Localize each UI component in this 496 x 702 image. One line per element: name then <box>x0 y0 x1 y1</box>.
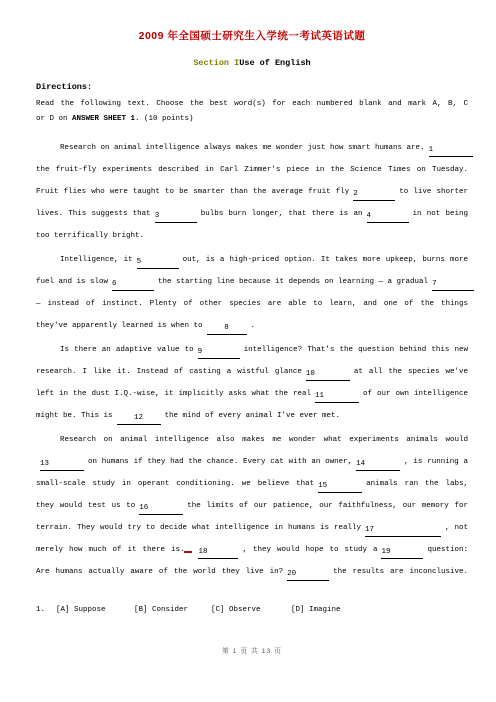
cloze-blank-13: 13 <box>40 458 84 471</box>
passage-paragraph: Research on animal intelligence always m… <box>36 137 468 247</box>
passage-text: the mind of every animal I've ever met. <box>165 412 341 420</box>
passage-line: left in the dust I.Q.-wise, it implicitl… <box>36 383 468 405</box>
document-page: 2009 年全国硕士研究生入学统一考试英语试题 Section IUse of … <box>0 0 496 655</box>
cloze-blank-1: 1 <box>429 144 473 157</box>
passage-line: Are humans actually aware of the world t… <box>36 561 468 583</box>
cloze-blank-18: 18 <box>198 546 238 559</box>
passage-text: terrain. They would try to decide what i… <box>36 524 361 532</box>
instructions-text: Read the following text. Choose the best… <box>36 97 468 127</box>
passage-text: question: <box>427 546 468 554</box>
cloze-blank-8: 8 <box>207 322 247 335</box>
passage-text: Research on animal intelligence also mak… <box>60 436 468 444</box>
passage-line: fuel and is slow6the starting line becau… <box>36 271 468 293</box>
passage-text: . <box>251 322 256 330</box>
passage-text: the results are inconclusive. <box>333 568 468 576</box>
passage-text: the limits of our patience, our faithful… <box>187 502 468 510</box>
question-1-number: 1. <box>36 599 56 621</box>
passage-text: left in the dust I.Q.-wise, it implicitl… <box>36 390 311 398</box>
passage-text: bulbs burn longer, that there is an <box>201 210 363 218</box>
section-number: Section I <box>193 58 239 68</box>
passage-line: might be. This is12the mind of every ani… <box>36 405 468 427</box>
passage-text: the fruit-fly experiments described in C… <box>36 166 468 174</box>
passage-line: Fruit flies who were taught to be smarte… <box>36 181 468 203</box>
passage-text: — instead of instinct. Plenty of other s… <box>36 300 468 308</box>
cloze-blank-7: 7 <box>432 278 474 291</box>
red-underline-mark <box>184 541 192 553</box>
cloze-blank-6: 6 <box>112 278 154 291</box>
cloze-blank-20: 20 <box>287 568 329 581</box>
page-footer: 第 1 页 共 13 页 <box>36 645 468 655</box>
page-title: 2009 年全国硕士研究生入学统一考试英语试题 <box>36 28 468 43</box>
passage: Research on animal intelligence always m… <box>36 137 468 583</box>
cloze-blank-3: 3 <box>155 210 197 223</box>
passage-text: Intelligence, it <box>60 256 133 264</box>
passage-line: — instead of instinct. Plenty of other s… <box>36 293 468 315</box>
cloze-blank-4: 4 <box>367 210 409 223</box>
cloze-blank-15: 15 <box>318 480 362 493</box>
passage-line: too terrifically bright. <box>36 225 468 247</box>
passage-text: too terrifically bright. <box>36 232 144 240</box>
passage-line: research. I like it. Instead of casting … <box>36 361 468 383</box>
passage-text: they've apparently learned is when to <box>36 322 203 330</box>
cloze-blank-19: 19 <box>381 546 423 559</box>
passage-paragraph: Is there an adaptive value to9intelligen… <box>36 339 468 427</box>
passage-line: Intelligence, it5out, is a high-priced o… <box>36 249 468 271</box>
option-d: [D] Imagine <box>291 599 468 621</box>
passage-line: small-scale study in operant conditionin… <box>36 473 468 495</box>
passage-text: Is there an adaptive value to <box>60 346 194 354</box>
passage-line: Is there an adaptive value to9intelligen… <box>36 339 468 361</box>
cloze-blank-12: 12 <box>117 412 161 425</box>
cloze-blank-11: 11 <box>315 390 359 403</box>
passage-line: Research on animal intelligence also mak… <box>36 429 468 451</box>
cloze-blank-5: 5 <box>137 256 179 269</box>
section-name: Use of English <box>239 58 310 68</box>
passage-text: Are humans actually aware of the world t… <box>36 568 283 576</box>
passage-line: terrain. They would try to decide what i… <box>36 517 468 539</box>
section-heading: Section IUse of English <box>36 58 468 68</box>
passage-text: intelligence? That's the question behind… <box>244 346 468 354</box>
passage-text: research. I like it. Instead of casting … <box>36 368 302 376</box>
cloze-blank-17: 17 <box>365 524 441 537</box>
passage-text: might be. This is <box>36 412 113 420</box>
option-a: [A] Suppose <box>56 599 134 621</box>
passage-paragraph: Intelligence, it5out, is a high-priced o… <box>36 249 468 337</box>
passage-line: Research on animal intelligence always m… <box>36 137 468 159</box>
passage-text: they would test us to <box>36 502 135 510</box>
passage-text: of our own intelligence <box>363 390 468 398</box>
passage-text: Research on animal intelligence always m… <box>60 144 425 152</box>
cloze-blank-14: 14 <box>356 458 400 471</box>
option-b: [B] Consider <box>134 599 211 621</box>
passage-text: lives. This suggests that <box>36 210 151 218</box>
passage-line: they would test us to16the limits of our… <box>36 495 468 517</box>
passage-text: animals ran the labs, <box>366 480 468 488</box>
passage-text: small-scale study in operant conditionin… <box>36 480 314 488</box>
passage-paragraph: Research on animal intelligence also mak… <box>36 429 468 583</box>
question-1-options: [A] Suppose[B] Consider[C] Observe[D] Im… <box>56 599 468 621</box>
passage-text: in not being <box>413 210 468 218</box>
passage-text: merely how much of it there is. <box>36 546 184 554</box>
instructions-line-1: Read the following text. Choose the best… <box>36 97 468 112</box>
directions-label: Directions: <box>36 82 468 92</box>
passage-line: 13on humans if they had the chance. Ever… <box>36 451 468 473</box>
passage-text: out, is a high-priced option. It takes m… <box>183 256 468 264</box>
passage-text: to live shorter <box>399 188 468 196</box>
passage-text: on humans if they had the chance. Every … <box>88 458 352 466</box>
cloze-blank-16: 16 <box>139 502 183 515</box>
passage-line: merely how much of it there is.18, they … <box>36 539 468 561</box>
passage-text: Fruit flies who were taught to be smarte… <box>36 188 349 196</box>
instructions-line-2: or D on ANSWER SHEET 1. (10 points) <box>36 112 468 127</box>
passage-text: fuel and is slow <box>36 278 108 286</box>
question-1: 1.[A] Suppose[B] Consider[C] Observe[D] … <box>36 599 468 621</box>
cloze-blank-10: 10 <box>306 368 350 381</box>
option-c: [C] Observe <box>211 599 291 621</box>
answer-sheet-label: ANSWER SHEET 1 <box>72 115 135 123</box>
passage-text: at all the species we've <box>354 368 468 376</box>
passage-line: lives. This suggests that3bulbs burn lon… <box>36 203 468 225</box>
cloze-blank-9: 9 <box>198 346 240 359</box>
passage-text: the starting line because it depends on … <box>158 278 428 286</box>
passage-text: , is running a <box>404 458 468 466</box>
cloze-blank-2: 2 <box>353 188 395 201</box>
passage-line: they've apparently learned is when to8. <box>36 315 468 337</box>
passage-text: , not <box>445 524 468 532</box>
passage-line: the fruit-fly experiments described in C… <box>36 159 468 181</box>
passage-text: , they would hope to study a <box>242 546 377 554</box>
